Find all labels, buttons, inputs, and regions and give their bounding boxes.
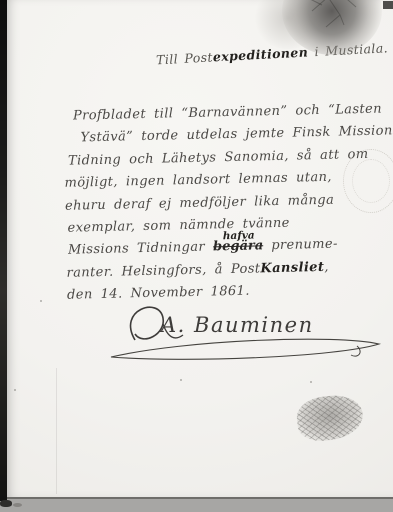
scan-artifact-bottom-left bbox=[0, 500, 12, 507]
signature-name: A. Bauminen bbox=[159, 313, 314, 337]
stain-crack-texture bbox=[282, 0, 382, 55]
scanned-letter-screenshot: Till Postexpeditionen i Mustiala. Profbl… bbox=[0, 0, 393, 512]
ink-stain-top-right bbox=[282, 0, 382, 55]
paper-speck bbox=[40, 300, 42, 302]
letter-body: Profbladet till “Barnavännen” och “Laste… bbox=[61, 98, 393, 307]
scan-artifact-corner bbox=[383, 1, 393, 9]
faint-embossed-seal bbox=[343, 149, 393, 213]
paper-speck bbox=[180, 379, 182, 381]
line7-pre: Missions Tidningar bbox=[68, 240, 205, 258]
line7-post: prenume- bbox=[271, 237, 338, 254]
signature: A. Bauminen bbox=[105, 294, 393, 374]
inserted-word-above-line: hafva bbox=[223, 225, 255, 248]
address-pre: Till Post bbox=[156, 49, 213, 67]
line8-pre: ranter. Helsingfors, å Post bbox=[66, 261, 260, 280]
paper-speck bbox=[310, 381, 312, 383]
correction-wrap: begärahafva bbox=[213, 236, 264, 260]
book-gutter-strip bbox=[0, 0, 7, 501]
overwritten-word: Kansliet bbox=[260, 260, 324, 276]
signature-flourish: A. Bauminen bbox=[105, 294, 393, 374]
scan-artifact-bottom-left bbox=[13, 503, 22, 507]
line8-post: , bbox=[324, 260, 329, 275]
paper-speck bbox=[14, 389, 16, 391]
paper-crease bbox=[56, 368, 57, 494]
